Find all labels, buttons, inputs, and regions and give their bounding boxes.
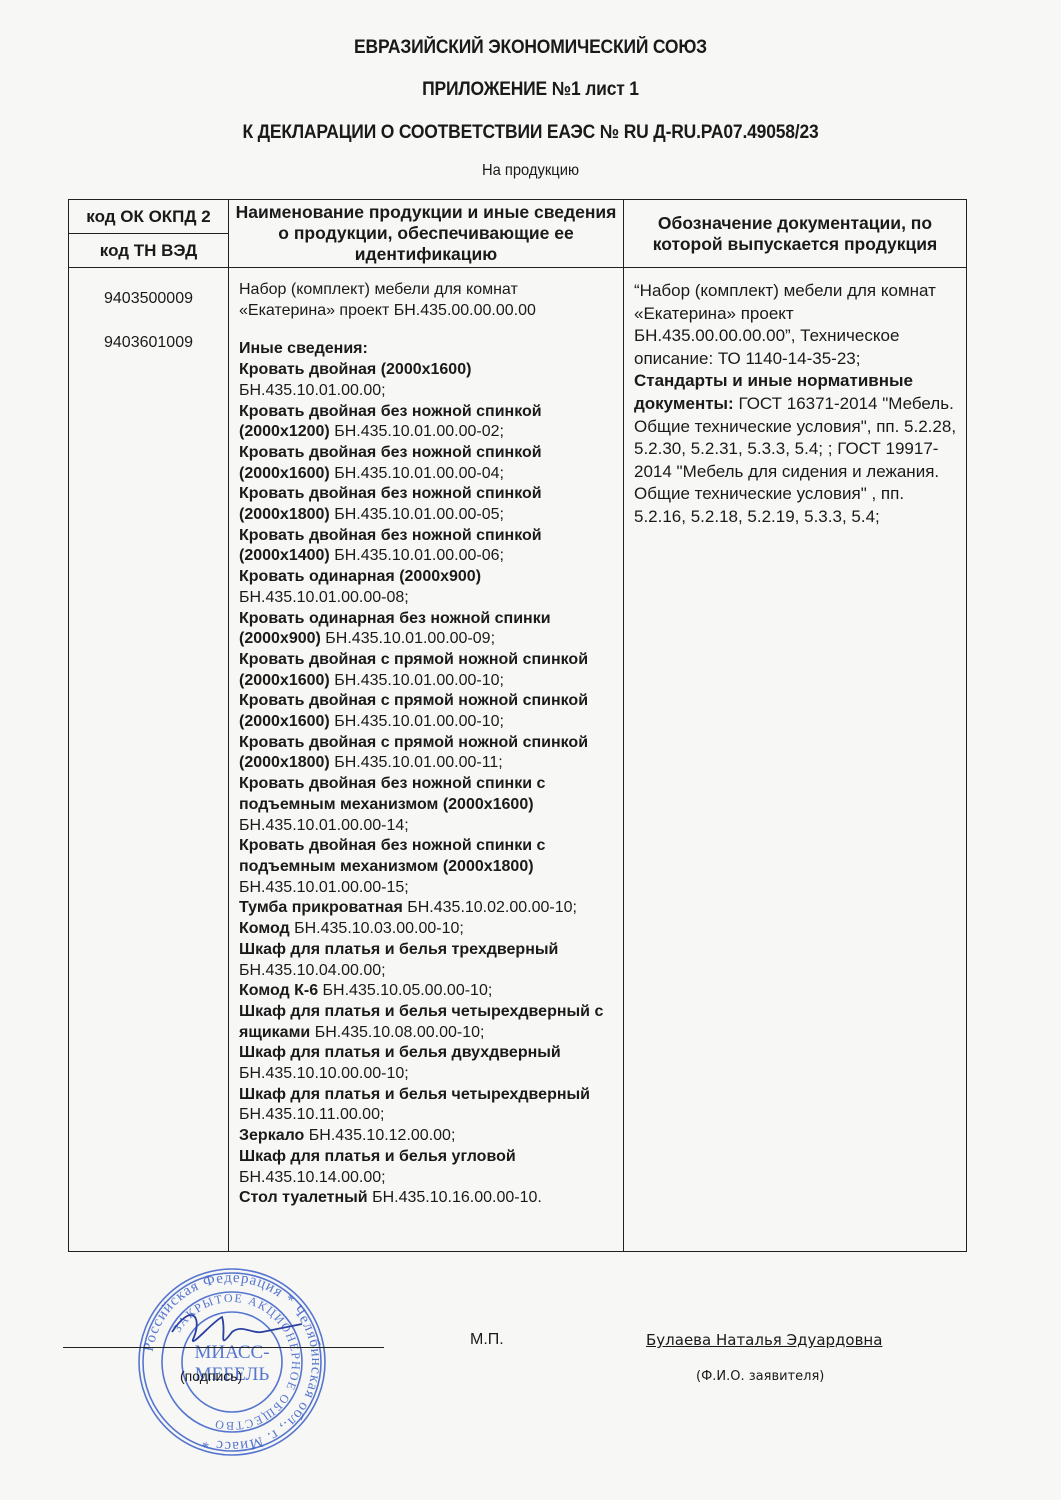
header-product-name: Наименование продукции и иные сведения о… [229,200,624,268]
item-name: Кровать двойная (2000х1600) [239,361,471,378]
item-name: Кровать одинарная (2000х900) [239,568,481,585]
list-item: Комод БН.435.10.03.00.00-10; [239,919,617,940]
list-item: Зеркало БН.435.10.12.00.00; [239,1126,617,1147]
item-code: БН.435.10.01.00.00-10; [330,672,504,689]
list-item: Шкаф для платья и белья четырехдверный Б… [239,1085,617,1126]
list-item: Кровать двойная (2000х1600) БН.435.10.01… [239,360,617,401]
item-name: Зеркало [239,1127,304,1144]
item-code: БН.435.10.08.00.00-10; [310,1024,484,1041]
list-item: Кровать одинарная без ножной спинки (200… [239,609,617,650]
item-name: Шкаф для платья и белья четырехдверный [239,1086,590,1103]
documentation-cell: “Набор (комплект) мебели для комнат «Ека… [624,268,967,1252]
item-code: БН.435.10.03.00.00-10; [290,920,464,937]
list-item: Кровать двойная без ножной спинкой (2000… [239,484,617,525]
item-name: Комод [239,920,290,937]
item-code: БН.435.10.01.00.00; [239,382,386,399]
item-code: БН.435.10.01.00.00-14; [239,817,409,834]
item-name: Стол туалетный [239,1189,368,1206]
appendix-title: ПРИЛОЖЕНИЕ №1 лист 1 [42,79,1018,101]
header-okpd: код ОК ОКПД 2 [69,200,229,234]
codes-cell: 9403500009 9403601009 [69,268,229,1252]
other-info-label: Иные сведения: [239,340,368,357]
item-code: БН.435.10.01.00.00-11; [330,754,503,771]
list-item: Комод К-6 БН.435.10.05.00.00-10; [239,981,617,1002]
item-code: БН.435.10.02.00.00-10; [403,899,577,916]
list-item: Шкаф для платья и белья двухдверный БН.4… [239,1043,617,1084]
item-name: Кровать двойная без ножной спинки с подъ… [239,837,545,875]
item-code: БН.435.10.01.00.00-04; [330,465,504,482]
products-table: код ОК ОКПД 2 Наименование продукции и и… [68,199,967,1252]
item-name: Тумба прикроватная [239,899,403,916]
subtitle: На продукцию [42,162,1018,180]
product-title: Набор (комплект) мебели для комнат «Екат… [239,280,617,321]
item-code: БН.435.10.01.00.00-06; [330,547,504,564]
item-code: БН.435.10.05.00.00-10; [318,982,492,999]
list-item: Тумба прикроватная БН.435.10.02.00.00-10… [239,898,617,919]
item-code: БН.435.10.01.00.00-02; [330,423,504,440]
list-item: Кровать двойная без ножной спинкой (2000… [239,402,617,443]
item-code: БН.435.10.04.00.00; [239,962,386,979]
list-item: Кровать двойная без ножной спинкой (2000… [239,443,617,484]
declaration-title: К ДЕКЛАРАЦИИ О СООТВЕТСТВИИ ЕАЭС № RU Д-… [42,122,1018,144]
item-code: БН.435.10.01.00.00-15; [239,879,409,896]
item-code: БН.435.10.01.00.00-08; [239,589,409,606]
item-code: БН.435.10.12.00.00; [304,1127,455,1144]
list-item: Кровать двойная без ножной спинки с подъ… [239,836,617,898]
applicant-name: Булаева Наталья Эдуардовна [646,1331,882,1349]
item-code: БН.435.10.01.00.00-09; [321,630,495,647]
list-item: Шкаф для платья и белья трехдверный БН.4… [239,940,617,981]
item-code: БН.435.10.11.00.00; [239,1106,384,1123]
seal-mark: М.П. [470,1331,504,1349]
item-code: БН.435.10.10.00.00-10; [239,1065,409,1082]
product-cell: Набор (комплект) мебели для комнат «Екат… [229,268,624,1252]
applicant-caption: (Ф.И.О. заявителя) [696,1369,824,1384]
item-name: Комод К-6 [239,982,318,999]
item-code: БН.435.10.01.00.00-10; [330,713,504,730]
item-name: Шкаф для платья и белья двухдверный [239,1044,561,1061]
doc-text-standards: ГОСТ 16371-2014 "Мебель. Общие техническ… [634,394,956,526]
list-item: Кровать двойная с прямой ножной спинкой … [239,650,617,691]
header-tnved: код ТН ВЭД [69,234,229,268]
item-name: Кровать двойная без ножной спинки с подъ… [239,775,545,813]
item-code: БН.435.10.14.00.00; [239,1169,386,1186]
doc-text-tech: “Набор (комплект) мебели для комнат «Ека… [634,281,936,368]
list-item: Кровать одинарная (2000х900) БН.435.10.0… [239,567,617,608]
item-name: Шкаф для платья и белья угловой [239,1148,516,1165]
list-item: Кровать двойная с прямой ножной спинкой … [239,733,617,774]
list-item: Шкаф для платья и белья угловой БН.435.1… [239,1147,617,1188]
signature-line [63,1347,384,1348]
list-item: Кровать двойная с прямой ножной спинкой … [239,691,617,732]
company-seal-icon: Российская Федерация * Челябинская обл.,… [132,1262,332,1462]
list-item: Шкаф для платья и белья четырехдверный с… [239,1002,617,1043]
header-documentation: Обозначение документации, по которой вып… [624,200,967,268]
product-items-list: Кровать двойная (2000х1600) БН.435.10.01… [239,360,617,1209]
union-title: ЕВРАЗИЙСКИЙ ЭКОНОМИЧЕСКИЙ СОЮЗ [42,37,1018,59]
list-item: Стол туалетный БН.435.10.16.00.00-10. [239,1188,617,1209]
code-okpd-value: 9403500009 [69,288,228,310]
signature-caption: (подпись) [180,1368,242,1384]
item-name: Шкаф для платья и белья трехдверный [239,941,558,958]
list-item: Кровать двойная без ножной спинки с подъ… [239,774,617,836]
svg-text:МИАСС-: МИАСС- [194,1342,269,1363]
list-item: Кровать двойная без ножной спинкой (2000… [239,526,617,567]
item-code: БН.435.10.01.00.00-05; [330,506,504,523]
code-tnved-value: 9403601009 [69,332,228,354]
item-code: БН.435.10.16.00.00-10. [368,1189,542,1206]
